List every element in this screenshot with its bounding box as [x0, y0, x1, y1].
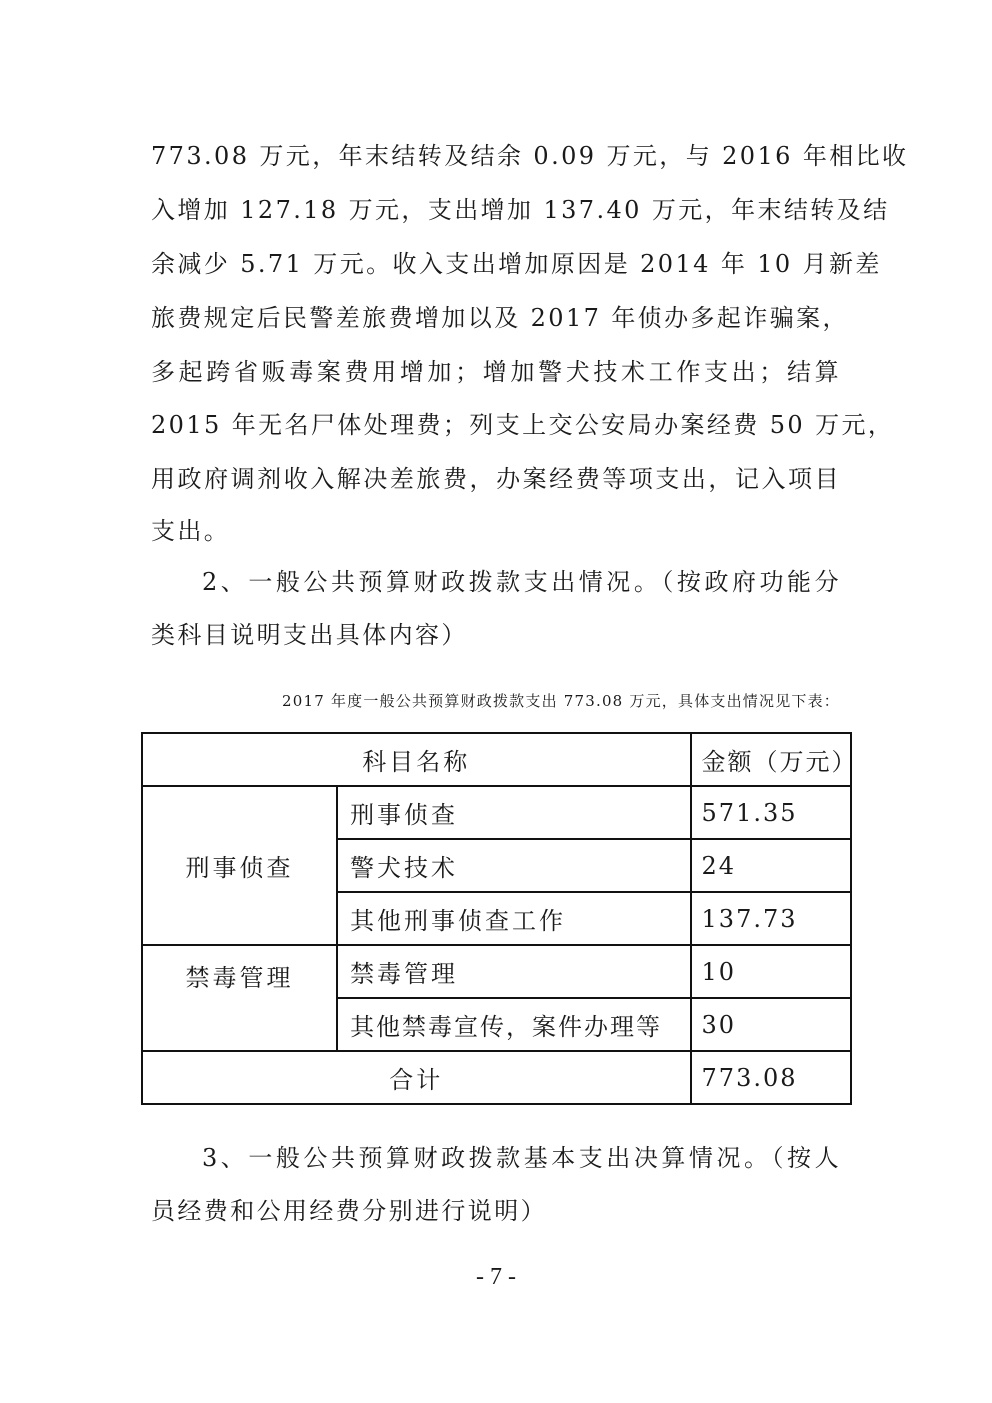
amount-cell: 24 — [691, 839, 851, 892]
amount-cell: 137.73 — [691, 892, 851, 945]
amount-cell: 10 — [691, 945, 851, 998]
item-name-cell: 其他刑事侦查工作 — [337, 892, 690, 945]
text-line: 多起跨省贩毒案费用增加；增加警犬技术工作支出；结算 — [151, 357, 841, 387]
text-line: 类科目说明支出具体内容） — [151, 620, 841, 650]
category-cell: 刑事侦查 — [142, 786, 337, 945]
item-name-cell: 警犬技术 — [337, 839, 690, 892]
table-caption: 2017 年度一般公共预算财政拨款支出 773.08 万元，具体支出情况见下表： — [200, 690, 840, 712]
text-line: 入增加 127.18 万元，支出增加 137.40 万元，年末结转及结 — [151, 195, 841, 225]
table-header-row: 科目名称 金额（万元） — [142, 733, 851, 786]
item-name-cell: 禁毒管理 — [337, 945, 690, 998]
text-line: 支出。 — [151, 516, 841, 546]
expenditure-table: 科目名称 金额（万元） 刑事侦查 刑事侦查 571.35 警犬技术 24 其他刑… — [141, 732, 852, 1105]
table-total-row: 合计 773.08 — [142, 1051, 851, 1104]
text-line: 余减少 5.71 万元。收入支出增加原因是 2014 年 10 月新差 — [151, 249, 841, 279]
text-line: 3、一般公共预算财政拨款基本支出决算情况。（按人 — [202, 1143, 841, 1173]
text-line: 用政府调剂收入解决差旅费，办案经费等项支出，记入项目 — [151, 464, 841, 494]
page-number: - 7 - — [0, 1262, 992, 1292]
amount-cell: 571.35 — [691, 786, 851, 839]
category-cell: 禁毒管理 — [142, 945, 337, 1051]
table-row: 刑事侦查 刑事侦查 571.35 — [142, 786, 851, 839]
header-subject-name: 科目名称 — [142, 733, 691, 786]
text-line: 2、一般公共预算财政拨款支出情况。（按政府功能分 — [202, 567, 841, 597]
total-amount: 773.08 — [691, 1051, 851, 1104]
text-line: 旅费规定后民警差旅费增加以及 2017 年侦办多起诈骗案， — [151, 303, 841, 333]
text-line: 773.08 万元，年末结转及结余 0.09 万元，与 2016 年相比收 — [151, 141, 841, 171]
text-line: 员经费和公用经费分别进行说明） — [151, 1196, 841, 1226]
text-line: 2015 年无名尸体处理费；列支上交公安局办案经费 50 万元， — [151, 410, 841, 440]
total-label: 合计 — [142, 1051, 691, 1104]
table-row: 禁毒管理 禁毒管理 10 — [142, 945, 851, 998]
item-name-cell: 刑事侦查 — [337, 786, 690, 839]
item-name-cell: 其他禁毒宣传，案件办理等 — [337, 998, 690, 1051]
header-amount: 金额（万元） — [691, 733, 851, 786]
amount-cell: 30 — [691, 998, 851, 1051]
